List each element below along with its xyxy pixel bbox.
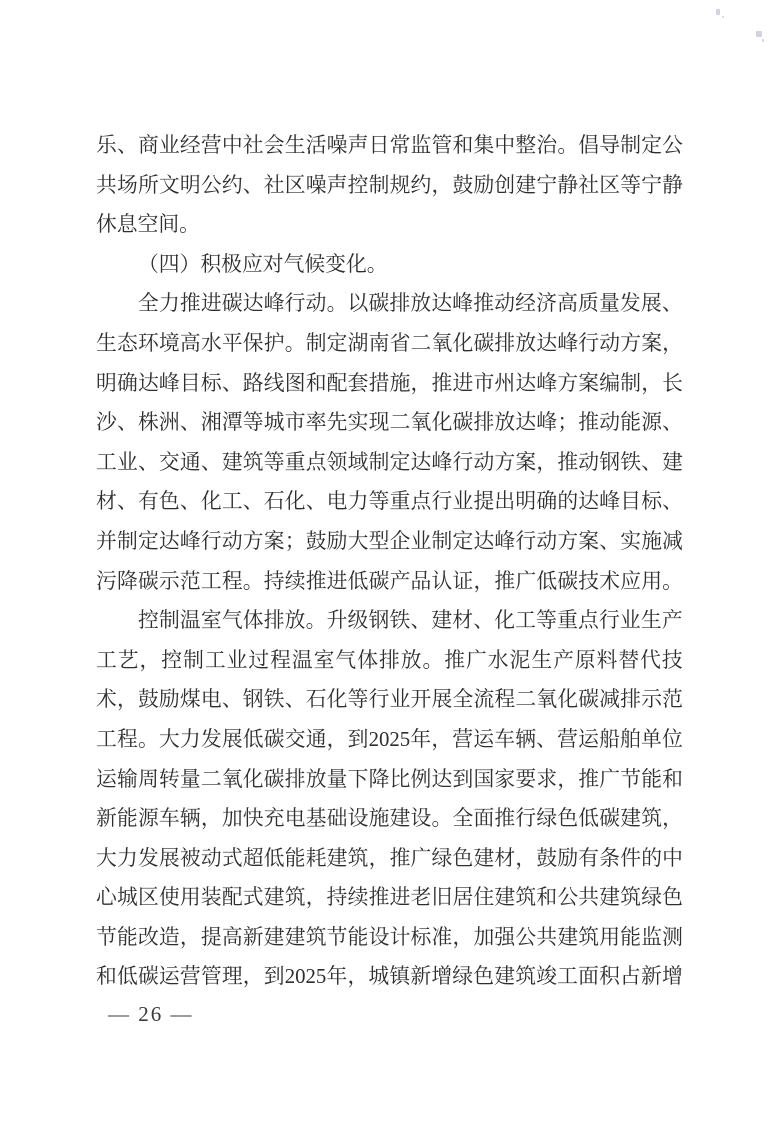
text-line: 新能源车辆，加快充电基础设施建设。全面推行绿色低碳建筑，: [96, 799, 683, 839]
text-line: 工业、交通、建筑等重点领域制定达峰行动方案，推动钢铁、建: [96, 443, 683, 483]
text-line: 明确达峰目标、路线图和配套措施，推进市州达峰方案编制，长: [96, 364, 683, 404]
scan-artifact: [722, 16, 724, 18]
text-line: 沙、株洲、湘潭等城市率先实现二氧化碳排放达峰；推动能源、: [96, 403, 683, 443]
scan-artifact: [762, 39, 764, 42]
text-line: 工艺，控制工业过程温室气体排放。推广水泥生产原料替代技: [96, 641, 683, 681]
text-line: 休息空间。: [96, 205, 683, 245]
scan-artifact: [716, 9, 720, 15]
text-line: 材、有色、化工、石化、电力等重点行业提出明确的达峰目标、: [96, 482, 683, 522]
text-line: 共场所文明公约、社区噪声控制规约，鼓励创建宁静社区等宁静: [96, 166, 683, 206]
text-line: 节能改造，提高新建建筑节能设计标准，加强公共建筑用能监测: [96, 918, 683, 958]
text-line: 运输周转量二氧化碳排放量下降比例达到国家要求，推广节能和: [96, 760, 683, 800]
text-line: 污降碳示范工程。持续推进低碳产品认证，推广低碳技术应用。: [96, 562, 683, 602]
text-line: 大力发展被动式超低能耗建筑，推广绿色建材，鼓励有条件的中: [96, 839, 683, 879]
text-line: 生态环境高水平保护。制定湖南省二氧化碳排放达峰行动方案，: [96, 324, 683, 364]
text-line: 全力推进碳达峰行动。以碳排放达峰推动经济高质量发展、: [96, 284, 683, 324]
text-line: 乐、商业经营中社会生活噪声日常监管和集中整治。倡导制定公: [96, 126, 683, 166]
text-line: （四）积极应对气候变化。: [96, 245, 683, 285]
document-page: 乐、商业经营中社会生活噪声日常监管和集中整治。倡导制定公共场所文明公约、社区噪声…: [0, 0, 779, 1123]
text-line: 控制温室气体排放。升级钢铁、建材、化工等重点行业生产: [96, 601, 683, 641]
text-line: 并制定达峰行动方案；鼓励大型企业制定达峰行动方案、实施减: [96, 522, 683, 562]
text-line: 心城区使用装配式建筑，持续推进老旧居住建筑和公共建筑绿色: [96, 878, 683, 918]
text-line: 和低碳运营管理，到2025年，城镇新增绿色建筑竣工面积占新增: [96, 957, 683, 997]
body-text: 乐、商业经营中社会生活噪声日常监管和集中整治。倡导制定公共场所文明公约、社区噪声…: [96, 126, 683, 997]
page-number: — 26 —: [108, 999, 194, 1029]
text-line: 术，鼓励煤电、钢铁、石化等行业开展全流程二氧化碳减排示范: [96, 680, 683, 720]
scan-artifact: [756, 31, 762, 37]
text-line: 工程。大力发展低碳交通，到2025年，营运车辆、营运船舶单位: [96, 720, 683, 760]
